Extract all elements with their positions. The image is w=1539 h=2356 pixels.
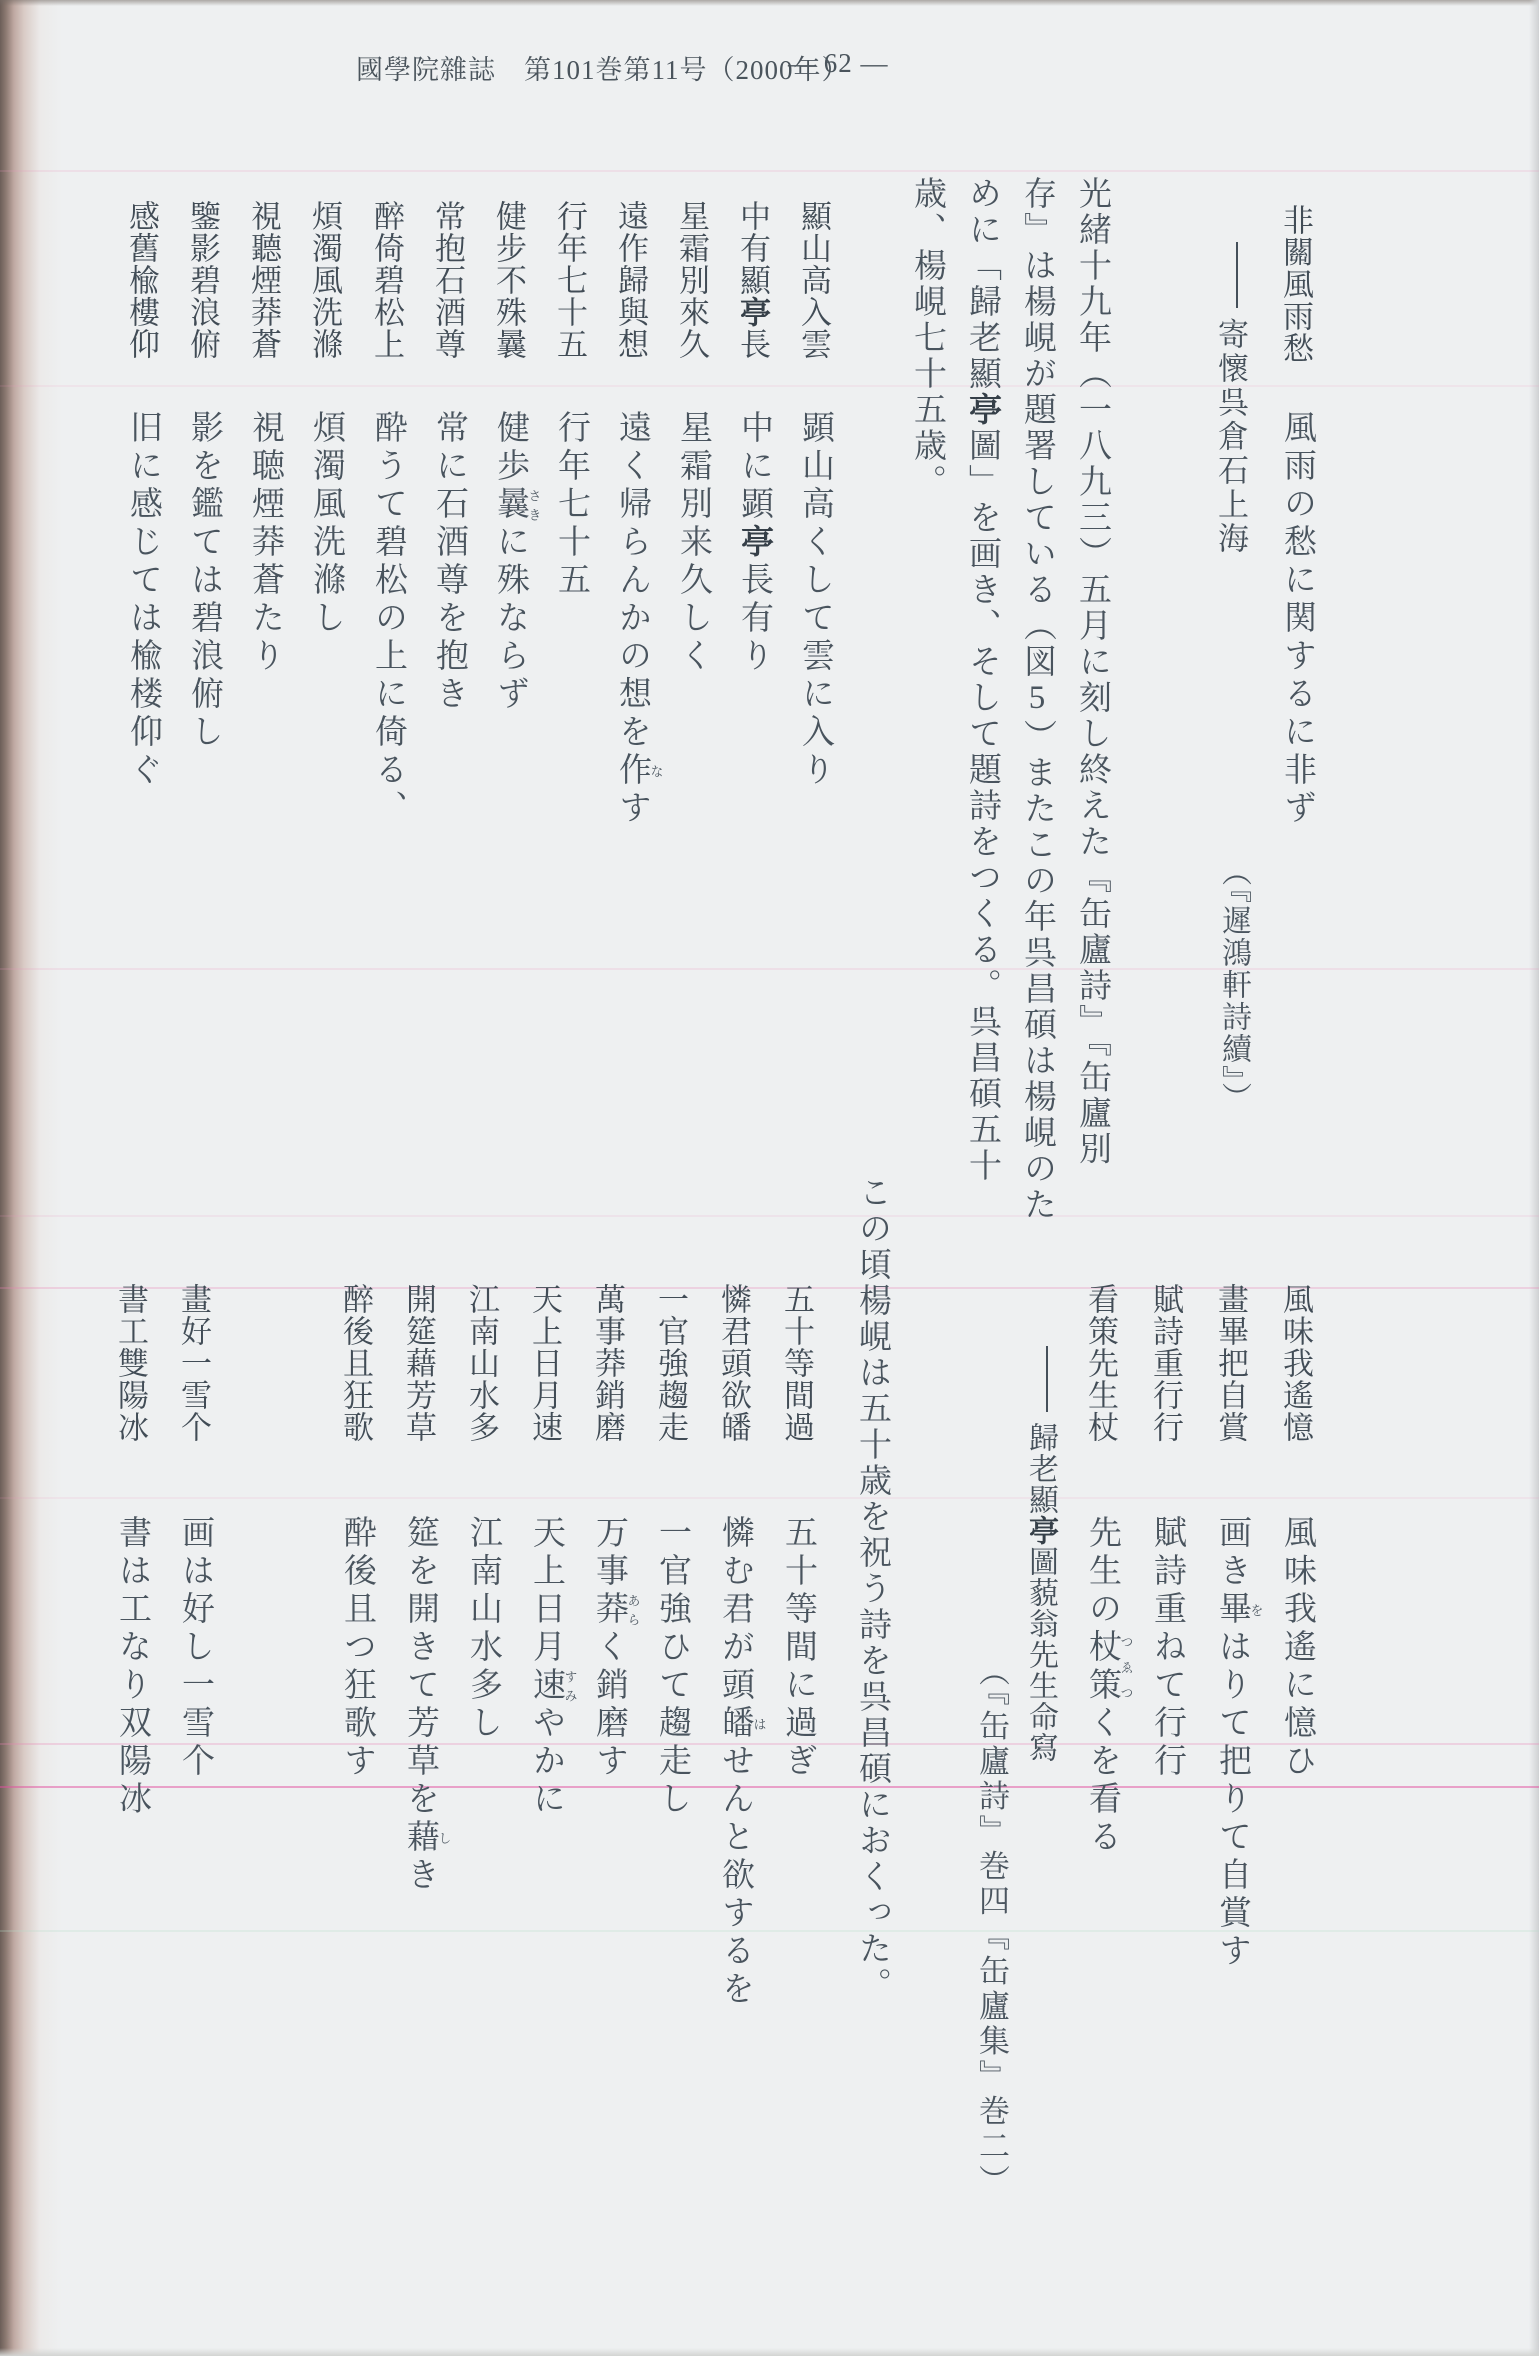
poem-line-kanbun: 畫畢把自賞 [1215, 1283, 1246, 1443]
poem-line-reading: 視聴煙莽蒼たり [248, 410, 281, 676]
poem-line-reading: 顕山高くして雲に入り [798, 410, 831, 790]
poem-line-kanbun: 畫好一雪个 [178, 1283, 209, 1443]
poem-line-reading: 風雨の愁に関するに非ず [1280, 410, 1313, 828]
poem-line-kanbun: 天上日月速 [529, 1283, 560, 1443]
poem-line-reading: 風味我遙に憶ひ [1280, 1515, 1313, 1781]
poem-line-reading: 旧に感じては楡楼仰ぐ [126, 410, 159, 790]
poem-line-reading: 五十等間に過ぎ [781, 1515, 814, 1781]
poem-title: 歸老顯亭圖藐翁先生命寫 [1025, 1342, 1055, 1763]
journal-title-header: 國學院雜誌 第101巻第11号（2000年） [356, 48, 850, 87]
poem-line-kanbun: 顯山高入雲 [798, 200, 829, 360]
poem-line-reading: 行年七十五 [554, 410, 587, 600]
poem-line-kanbun: 看策先生杖 [1085, 1283, 1116, 1443]
scan-artifact-line [0, 1497, 1539, 1499]
poem-line-kanbun: 書工雙陽冰 [115, 1283, 146, 1443]
poem-line-reading: 万事莽あらく銷磨す [592, 1515, 640, 1781]
poem-line-reading: 酔うて碧松の上に倚る、 [371, 410, 404, 828]
scan-artifact-line [0, 1930, 1539, 1932]
poem-line-kanbun: 星霜別來久 [676, 200, 707, 360]
scan-artifact-line [0, 1215, 1539, 1217]
scan-artifact-line [0, 170, 1539, 172]
poem-line-reading: 賦詩重ねて行行 [1150, 1515, 1183, 1781]
scan-artifact-line [0, 1786, 1539, 1788]
poem-line-kanbun: 鑒影碧浪俯 [187, 200, 218, 360]
paragraph-line: めに「歸老顯亭圖」を画き、そして題詩をつくる。呉昌碩五十 [965, 176, 998, 1184]
poem-line-kanbun: 遠作歸與想 [615, 200, 646, 360]
poem-line-reading: 書は工なり双陽冰 [115, 1515, 148, 1819]
poem-line-reading: 常に石酒尊を抱き [432, 410, 465, 714]
poem-title: 寄懷呉倉石上海 [1215, 238, 1246, 556]
paragraph-line: 光緒十九年（一八九三）五月に刻し終えた『缶廬詩』『缶廬別 [1075, 176, 1108, 1168]
poem-source-citation: （『遲鴻軒詩續』） [1218, 856, 1248, 1114]
page-number: — 62 — [788, 48, 889, 79]
poem-line-kanbun: 醉後且狂歌 [340, 1283, 371, 1443]
poem-line-reading: 一官強ひて趨走し [655, 1515, 688, 1819]
poem-line-kanbun: 江南山水多 [466, 1283, 497, 1443]
scan-artifact-line [0, 385, 1539, 387]
paragraph-line: この頃楊峴は五十歳を祝う詩を呉昌碩におくった。 [855, 1175, 888, 2003]
page-right-edge-shadow [1529, 0, 1539, 2356]
poem-line-kanbun: 醉倚碧松上 [371, 200, 402, 360]
poem-line-reading: 筵を開きて芳草を藉しき [403, 1515, 451, 1895]
poem-line-kanbun: 行年七十五 [554, 200, 585, 360]
poem-line-kanbun: 中有顯亭長 [737, 200, 768, 360]
poem-line-kanbun: 賦詩重行行 [1150, 1283, 1181, 1443]
poem-line-kanbun: 感舊楡樓仰 [126, 200, 157, 360]
poem-line-reading: 江南山水多し [466, 1515, 499, 1743]
scan-artifact-line [0, 968, 1539, 970]
poem-line-kanbun: 一官強趨走 [655, 1283, 686, 1443]
poem-line-kanbun: 視聽煙莽蒼 [248, 200, 279, 360]
poem-line-reading: 星霜別来久しく [676, 410, 709, 676]
poem-line-kanbun: 非關風雨愁 [1280, 204, 1311, 364]
poem-line-reading: 中に顕亭長有り [737, 410, 770, 676]
poem-line-reading: 憐む君が頭皤はせんと欲するを [718, 1515, 766, 2009]
poem-line-reading: 影を鑑ては碧浪俯し [187, 410, 220, 752]
poem-line-reading: 健歩曩さきに殊ならず [493, 410, 541, 714]
poem-line-reading: 画は好し一雪个 [178, 1515, 211, 1781]
poem-line-kanbun: 煩濁風洗滌 [309, 200, 340, 360]
poem-line-reading: 酔後且つ狂歌す [340, 1515, 373, 1781]
poem-line-kanbun: 常抱石酒尊 [432, 200, 463, 360]
poem-line-reading: 煩濁風洗滌し [309, 410, 342, 638]
poem-line-reading: 画き畢をはりて把りて自賞す [1215, 1515, 1263, 1971]
poem-line-kanbun: 風味我遙憶 [1280, 1283, 1311, 1443]
vertical-dash [1236, 242, 1238, 308]
paragraph-line: 歳、楊峴七十五歳。 [910, 176, 943, 500]
poem-source-citation: （『缶廬詩』巻四『缶廬集』巻二） [976, 1655, 1007, 2200]
page-top-edge-shadow [0, 0, 1539, 6]
page-gutter-shadow [0, 0, 64, 2356]
page-bottom-edge-shadow [0, 2348, 1539, 2356]
scanned-journal-page: { "header": { "journal": "國學院雜誌 第101巻第11… [0, 0, 1539, 2356]
poem-line-reading: 遠く帰らんかの想を作なす [615, 410, 663, 828]
poem-line-kanbun: 健步不殊曩 [493, 200, 524, 360]
poem-line-reading: 先生の杖策つゑつくを看る [1085, 1515, 1133, 1857]
vertical-dash [1046, 1346, 1048, 1412]
poem-line-kanbun: 五十等間過 [781, 1283, 812, 1443]
poem-line-kanbun: 憐君頭欲皤 [718, 1283, 749, 1443]
poem-line-kanbun: 開筵藉芳草 [403, 1283, 434, 1443]
poem-line-kanbun: 萬事莽銷磨 [592, 1283, 623, 1443]
paragraph-line: 存』は楊峴が題署している（図5）またこの年呉昌碩は楊峴のた [1020, 176, 1053, 1223]
poem-line-reading: 天上日月速すみやかに [529, 1515, 577, 1819]
